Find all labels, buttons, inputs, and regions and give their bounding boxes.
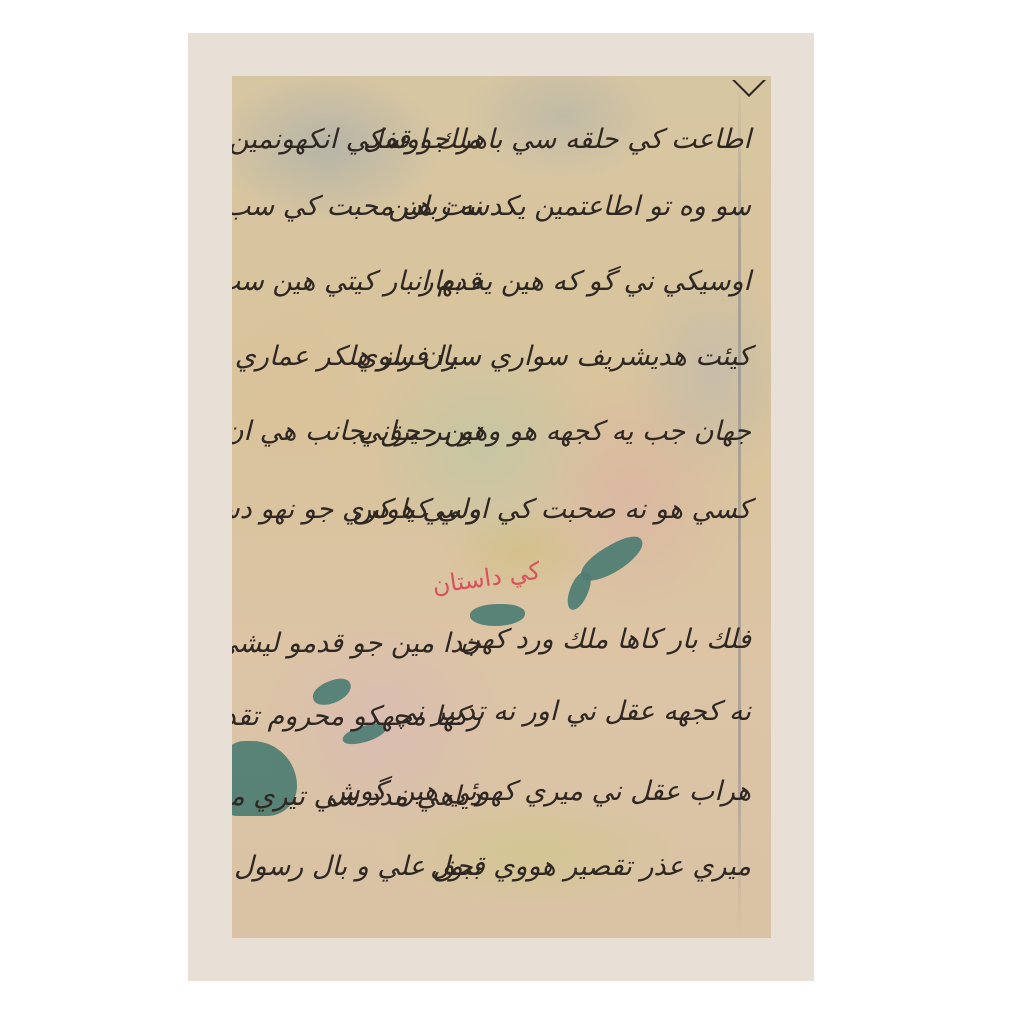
verse-left: تو بر حق بجانب هي ان نكي (232, 416, 481, 462)
ink-stain (470, 604, 525, 626)
verse-left: سرا فراز هلكر عماري مين سوي (232, 341, 481, 387)
verse-left: دياهي مدد سي تيري مجهكو هوش (232, 781, 481, 827)
verse-right: جهان جب يه كجهه هو وهين حيراني (501, 416, 751, 462)
verse-right: ميري عذر تقصير هووي قبول (501, 851, 751, 897)
verse-left: ولي كيا كري جو نهو دسترس (232, 494, 481, 540)
ink-stain (564, 569, 595, 613)
verse-right: هراب عقل ني ميري كهوئي هين گوش (501, 776, 751, 822)
manuscript-folio: اطاعت كي حلقه سي باهر جو قفل ملك اوسكي ا… (232, 76, 771, 938)
verse-right: فلك بار كاها ملك ورد كهن (501, 624, 751, 670)
verse-left: ركها مجهكو محروم تقدير ني (232, 701, 481, 747)
verse-right: سو وه تو اطاعتمين يكدست هين (501, 191, 751, 237)
verse-left: نه زبان محبت كي سب مست هين (232, 191, 481, 237)
verse-right: نه كجهه عقل ني اور نه تدبير ني (501, 696, 751, 742)
verse-left: قدم انبار كيتي هين سب كار كار (232, 266, 481, 312)
verse-right: كسي هو نه صحبت كي اوسي هوس (501, 494, 751, 540)
verse-left: ملك اوسكي انكهونمين بيچ نظر قفل (232, 124, 481, 170)
verse-right: كيئت هديشريف سواري سيان سوي (501, 341, 751, 387)
section-heading: كي داستان (431, 557, 543, 600)
verse-right: اوسيكي ني گو كه هين يه بهار (501, 266, 751, 312)
verse-right: اطاعت كي حلقه سي باهر جو قفل (501, 124, 751, 170)
verse-left: بحق علي و بال رسول (232, 851, 481, 897)
verse-left: جدا مين جو قدمو ليشي تيري رها (232, 628, 481, 674)
